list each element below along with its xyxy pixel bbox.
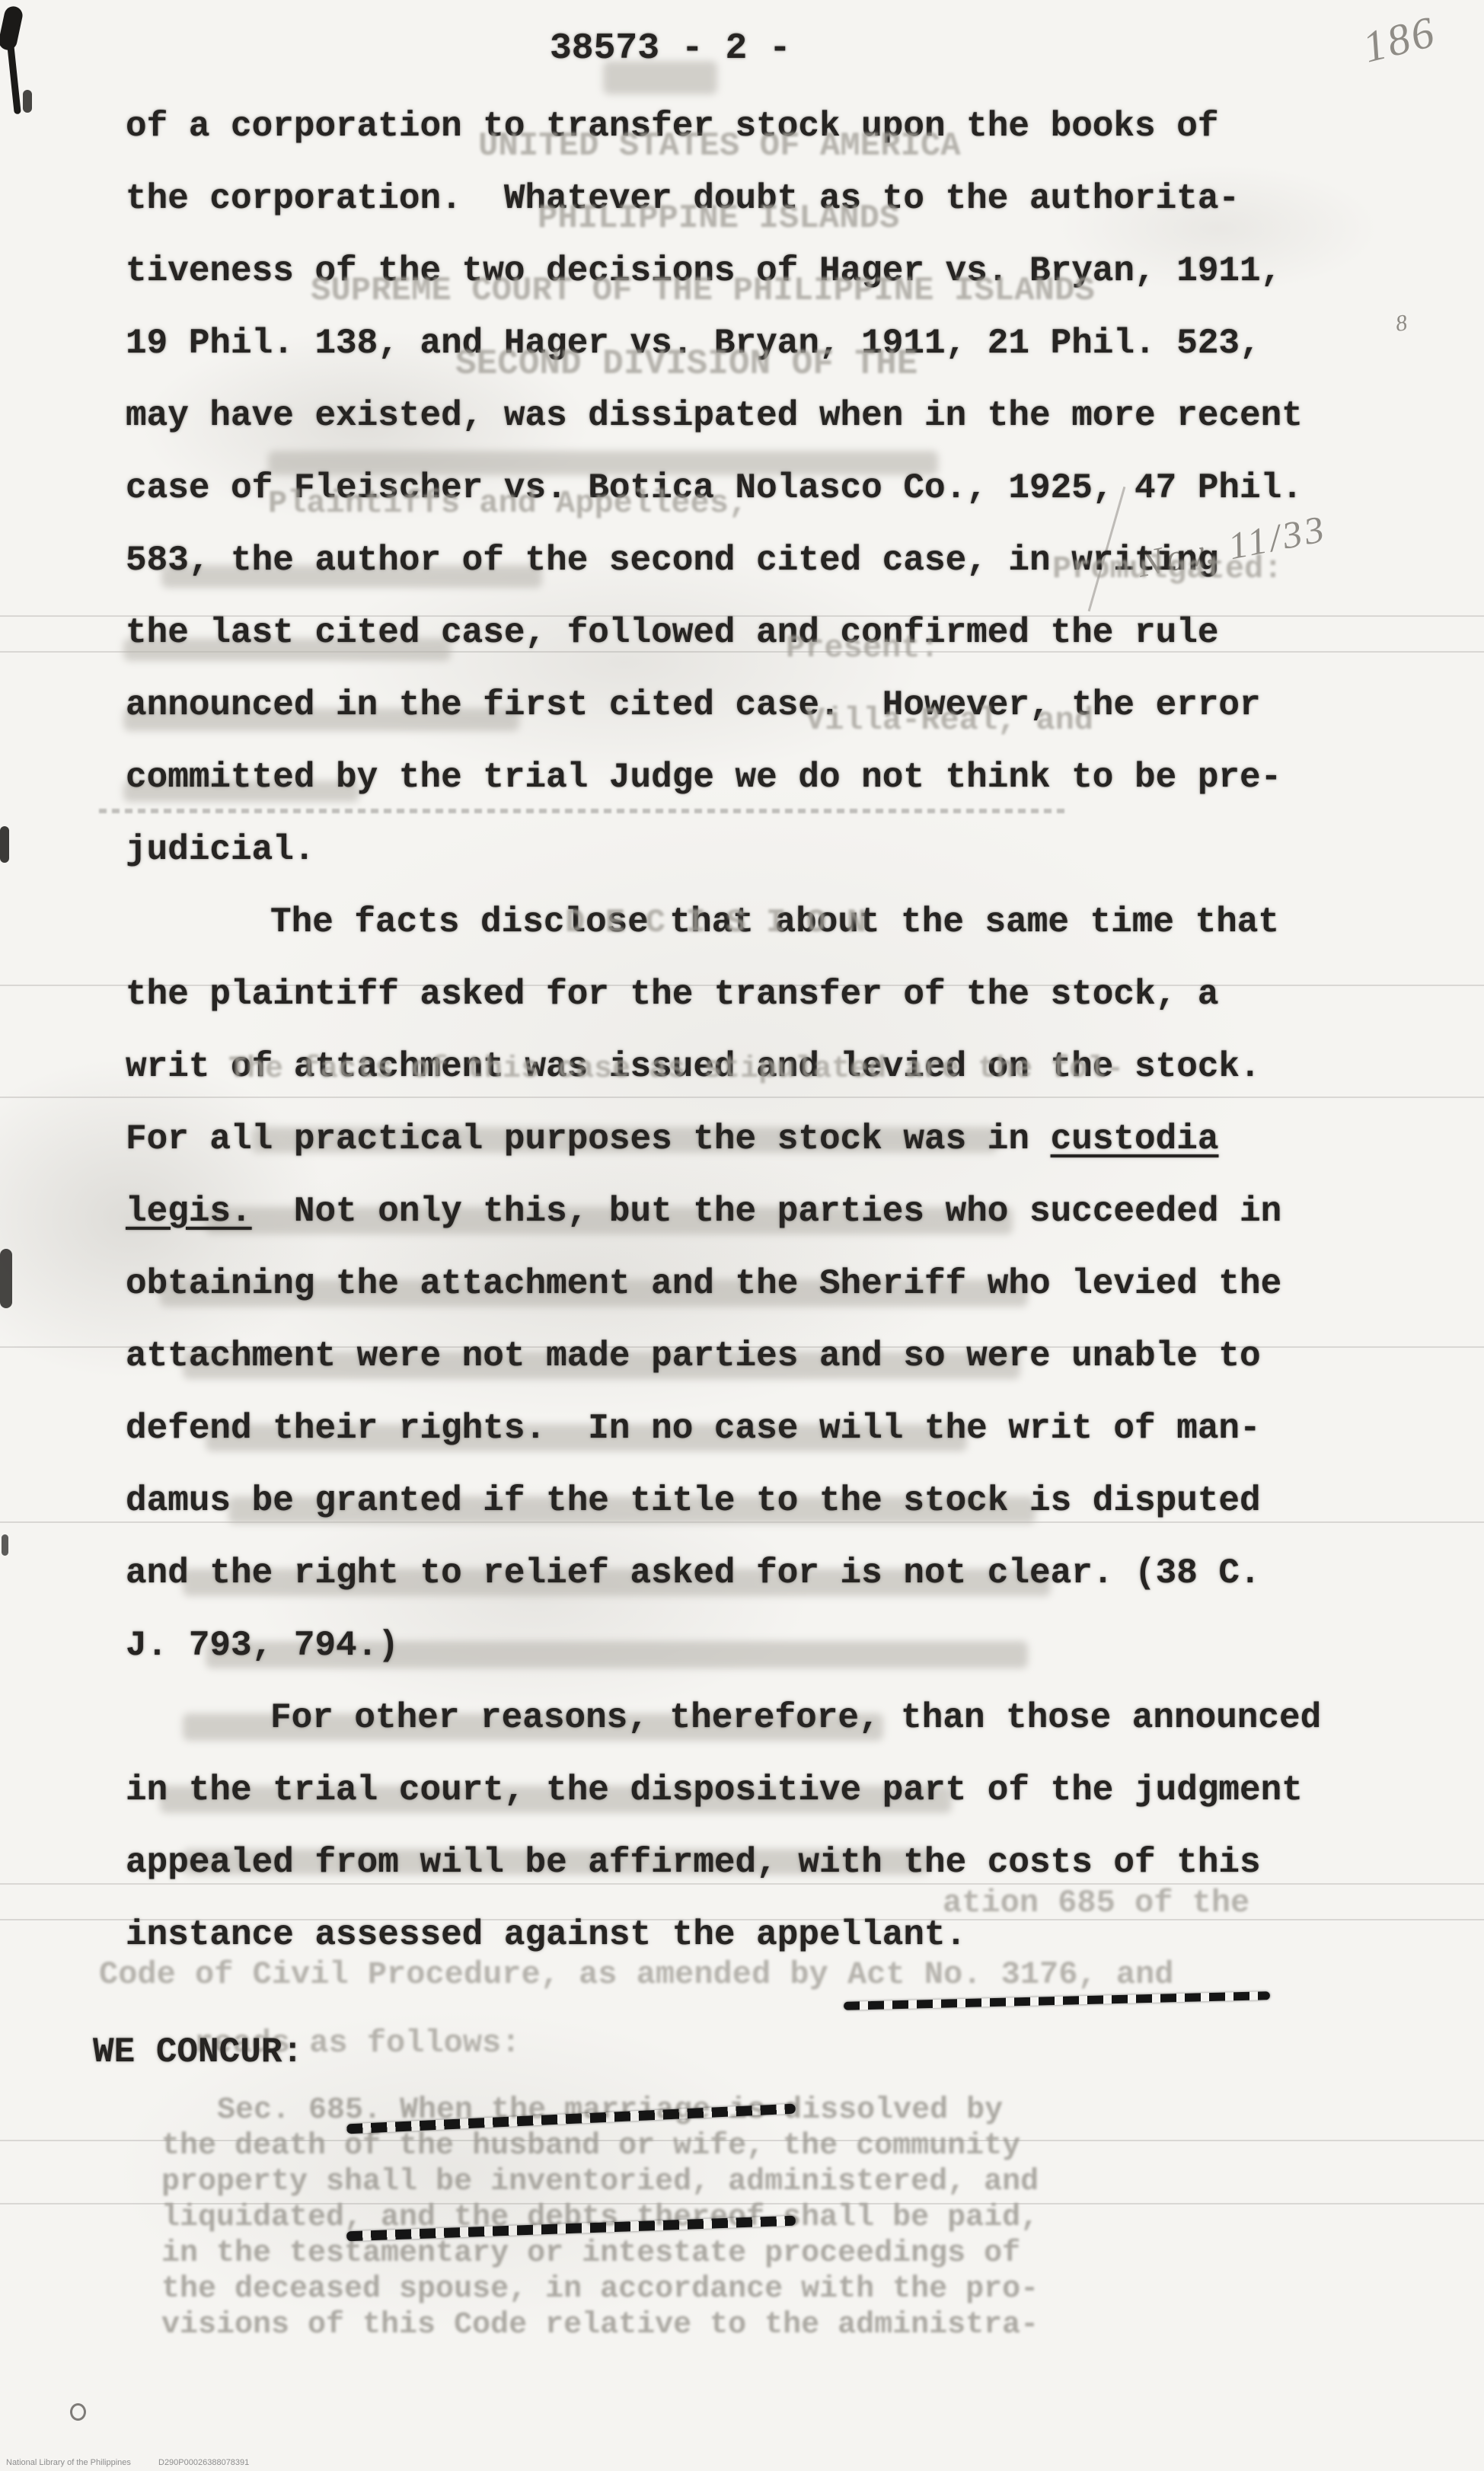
body-line: J. 793, 794.) [126,1628,399,1663]
ghost-line: Plaintiffs and Appellees, [268,487,748,519]
body-line: appealed from will be affirmed, with the… [126,1845,1261,1880]
ink-blot [7,44,21,114]
handwritten-margin-mark: 8 [1394,310,1409,337]
ghost-line: SECOND DIVISION OF THE [455,346,918,382]
ink-blot [0,1249,12,1308]
body-line: obtaining the attachment and the Sheriff… [126,1266,1281,1301]
body-line: in the trial court, the dispositive part… [126,1773,1303,1808]
ghost-line: SUPREME COURT OF THE PHILIPPINE ISLANDS [311,274,1095,308]
body-line: attachment were not made parties and so … [126,1339,1261,1374]
footer-stamp: National Library of the Philippines [6,2458,131,2467]
page-header: 38573 - 2 - [550,30,791,67]
ghost-line: ation 685 of the [943,1887,1249,1919]
ghost-line: PHILIPPINE ISLANDS [538,202,899,235]
ghost-section-line: the death of the husband or wife, the co… [161,2131,1020,2162]
scan-hairline [0,1883,1484,1885]
ghost-line: Villa-Real, and [806,704,1093,736]
body-line: committed by the trial Judge we do not t… [126,760,1281,795]
ghost-line: UNITED STATES OF AMERICA [478,129,961,163]
body-line: For other reasons, therefore, than those… [270,1700,1321,1735]
ink-blot [2,1534,8,1556]
ghost-section-line: property shall be inventoried, administe… [161,2167,1039,2198]
scanned-document-page: 38573 - 2 - 186 Nov. 11/33 8 of a corpor… [0,0,1484,2471]
ghost-line: Promulgated: [1052,553,1282,585]
body-line: and the right to relief asked for is not… [126,1556,1261,1591]
body-line: defend their rights. In no case will the… [126,1411,1261,1446]
body-line: damus be granted if the title to the sto… [126,1483,1261,1518]
body-line: judicial. [126,832,314,867]
ink-ring-mark [70,2403,86,2421]
ghost-dash-rule [99,809,1066,813]
body-line: may have existed, was dissipated when in… [126,398,1303,433]
ghost-line: D E C I S I O N [565,906,866,940]
ink-blot [0,826,9,863]
ghost-line: The facts of this case as stipulated are… [228,1055,1124,1085]
body-line: the last cited case, followed and confir… [126,615,1218,650]
body-line: the plaintiff asked for the transfer of … [126,977,1218,1012]
footer-code: D290P00026388078391 [158,2458,249,2467]
body-line: For all practical purposes the stock was… [126,1122,1218,1157]
ghost-section-line: visions of this Code relative to the adm… [161,2310,1039,2341]
body-line: legis. Not only this, but the parties wh… [126,1194,1281,1229]
ghost-section-line: in the testamentary or intestate proceed… [161,2239,1020,2269]
separator-dash-line [844,1991,1270,2010]
ghost-line: Code of Civil Procedure, as amended by A… [99,1959,1173,1991]
body-line: instance assessed against the appellant. [126,1917,966,1952]
ghost-line: Present: [786,632,940,664]
we-concur-label: WE CONCUR: [93,2035,303,2070]
scan-hairline [0,1097,1484,1098]
ghost-section-line: the deceased spouse, in accordance with … [161,2275,1039,2305]
handwritten-page-number: 186 [1358,5,1441,72]
ink-blot [23,90,32,113]
